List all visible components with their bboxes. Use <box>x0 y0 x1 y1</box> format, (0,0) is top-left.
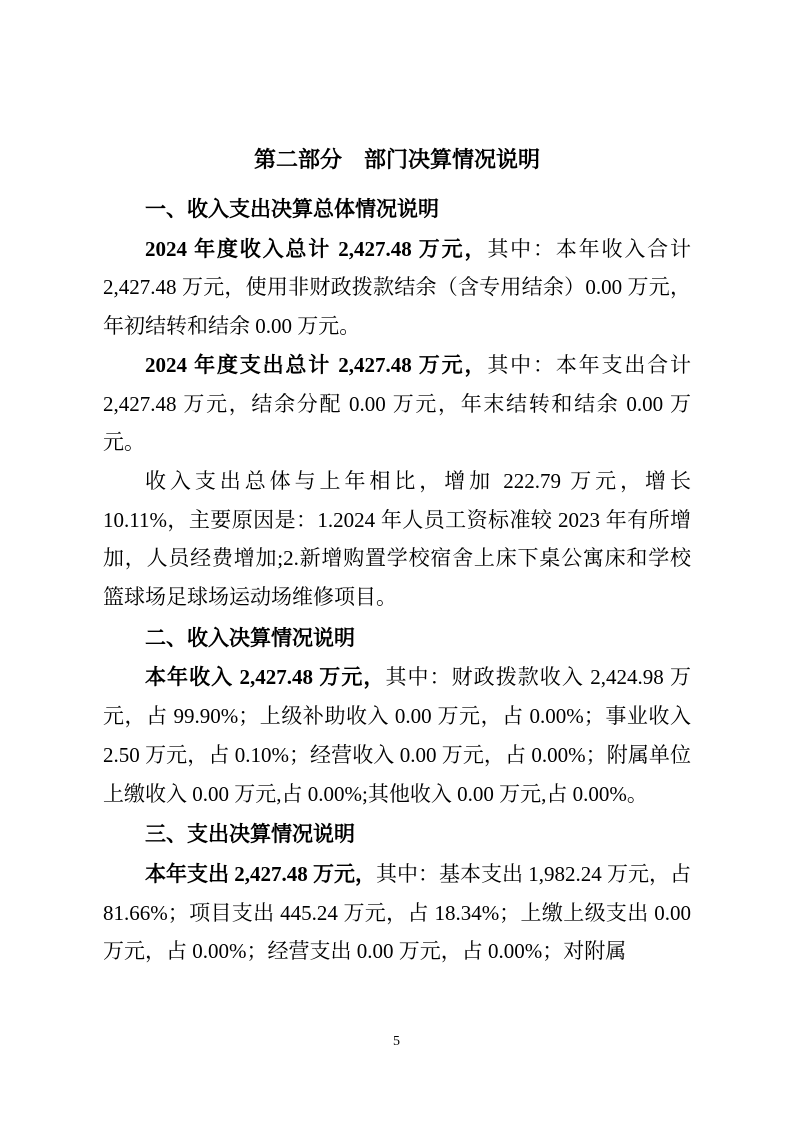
paragraph-lead: 2024 年度收入总计 2,427.48 万元， <box>145 237 487 261</box>
paragraph-lead: 本年收入 2,427.48 万元， <box>145 665 385 689</box>
document-page: 第二部分 部门决算情况说明 一、收入支出决算总体情况说明 2024 年度收入总计… <box>0 0 793 1122</box>
document-content: 第二部分 部门决算情况说明 一、收入支出决算总体情况说明 2024 年度收入总计… <box>103 144 691 971</box>
section-heading-income-details: 二、收入决算情况说明 <box>103 620 691 659</box>
paragraph-body: 收入支出总体与上年相比，增加 222.79 万元，增长 10.11%，主要原因是… <box>103 469 691 609</box>
page-title: 第二部分 部门决算情况说明 <box>103 144 691 176</box>
paragraph: 2024 年度支出总计 2,427.48 万元，其中：本年支出合计 2,427.… <box>103 346 691 462</box>
section-heading-expenditure-details: 三、支出决算情况说明 <box>103 816 691 855</box>
paragraph: 本年收入 2,427.48 万元，其中：财政拨款收入 2,424.98 万元，占… <box>103 658 691 813</box>
page-number: 5 <box>0 1033 793 1051</box>
paragraph: 本年支出 2,427.48 万元，其中：基本支出 1,982.24 万元，占 8… <box>103 855 691 971</box>
section-heading-income-expenditure-overview: 一、收入支出决算总体情况说明 <box>103 191 691 230</box>
paragraph-lead: 本年支出 2,427.48 万元， <box>145 862 376 886</box>
paragraph: 2024 年度收入总计 2,427.48 万元，其中：本年收入合计 2,427.… <box>103 230 691 346</box>
paragraph-lead: 2024 年度支出总计 2,427.48 万元， <box>145 353 487 377</box>
paragraph: 收入支出总体与上年相比，增加 222.79 万元，增长 10.11%，主要原因是… <box>103 462 691 617</box>
